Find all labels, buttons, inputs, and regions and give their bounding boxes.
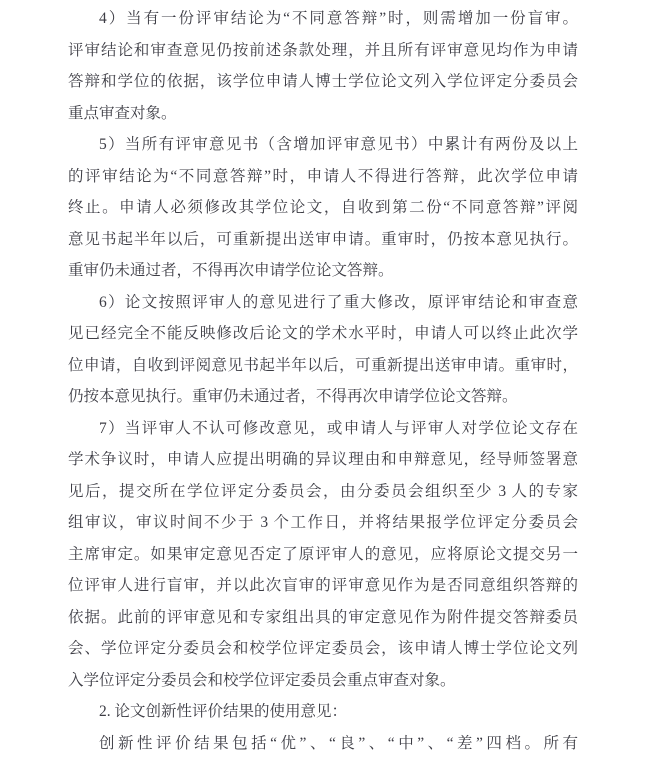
text-line-clause-6-3: 位申请，自收到评阅意见书起半年以后，可重新提出送审申请。重审时， — [68, 350, 578, 382]
text-line-item-2-body: 创新性评价结果包括“优”、“良”、“中”、“差”四档。所有 — [68, 728, 578, 759]
text-line-item-2-heading: 2. 论文创新性评价结果的使用意见： — [68, 696, 578, 728]
text-line-clause-7-7: 依据。此前的评审意见和专家组出具的审定意见作为附件提交答辩委员 — [68, 602, 578, 634]
text-line-clause-4-1: 4）当有一份评审结论为“不同意答辩”时，则需增加一份盲审。 — [68, 3, 578, 35]
text-line-clause-5-3: 终止。申请人必须修改其学位论文，自收到第二份“不同意答辩”评阅 — [68, 192, 578, 224]
text-line-clause-5-5: 重审仍未通过者，不得再次申请学位论文答辩。 — [68, 255, 578, 287]
text-line-clause-7-2: 学术争议时，申请人应提出明确的异议理由和申辩意见，经导师签署意 — [68, 444, 578, 476]
text-line-clause-6-2: 见已经完全不能反映修改后论文的学术水平时，申请人可以终止此次学 — [68, 318, 578, 350]
text-line-clause-5-1: 5）当所有评审意见书（含增加评审意见书）中累计有两份及以上 — [68, 129, 578, 161]
text-line-clause-6-4: 仍按本意见执行。重审仍未通过者，不得再次申请学位论文答辩。 — [68, 381, 578, 413]
document-text: 4）当有一份评审结论为“不同意答辩”时，则需增加一份盲审。 评审结论和审查意见仍… — [68, 3, 578, 759]
document-page: 4）当有一份评审结论为“不同意答辩”时，则需增加一份盲审。 评审结论和审查意见仍… — [0, 0, 645, 759]
text-line-clause-7-4: 组审议，审议时间不少于 3 个工作日，并将结果报学位评定分委员会 — [68, 507, 578, 539]
text-line-clause-7-1: 7）当评审人不认可修改意见，或申请人与评审人对学位论文存在 — [68, 413, 578, 445]
text-line-clause-7-3: 见后，提交所在学位评定分委员会，由分委员会组织至少 3 人的专家 — [68, 476, 578, 508]
text-line-clause-7-5: 主席审定。如果审定意见否定了原评审人的意见，应将原论文提交另一 — [68, 539, 578, 571]
text-line-clause-4-4: 重点审查对象。 — [68, 98, 578, 130]
text-line-clause-7-9: 入学位评定分委员会和校学位评定委员会重点审查对象。 — [68, 665, 578, 697]
text-line-clause-6-1: 6）论文按照评审人的意见进行了重大修改，原评审结论和审查意 — [68, 287, 578, 319]
text-line-clause-4-2: 评审结论和审查意见仍按前述条款处理，并且所有评审意见均作为申请 — [68, 35, 578, 67]
text-line-clause-5-2: 的评审结论为“不同意答辩”时，申请人不得进行答辩，此次学位申请 — [68, 161, 578, 193]
text-line-clause-7-8: 会、学位评定分委员会和校学位评定委员会，该申请人博士学位论文列 — [68, 633, 578, 665]
text-line-clause-4-3: 答辩和学位的依据，该学位申请人博士学位论文列入学位评定分委员会 — [68, 66, 578, 98]
text-line-clause-7-6: 位评审人进行盲审，并以此次盲审的评审意见作为是否同意组织答辩的 — [68, 570, 578, 602]
text-line-clause-5-4: 意见书起半年以后，可重新提出送审申请。重审时，仍按本意见执行。 — [68, 224, 578, 256]
